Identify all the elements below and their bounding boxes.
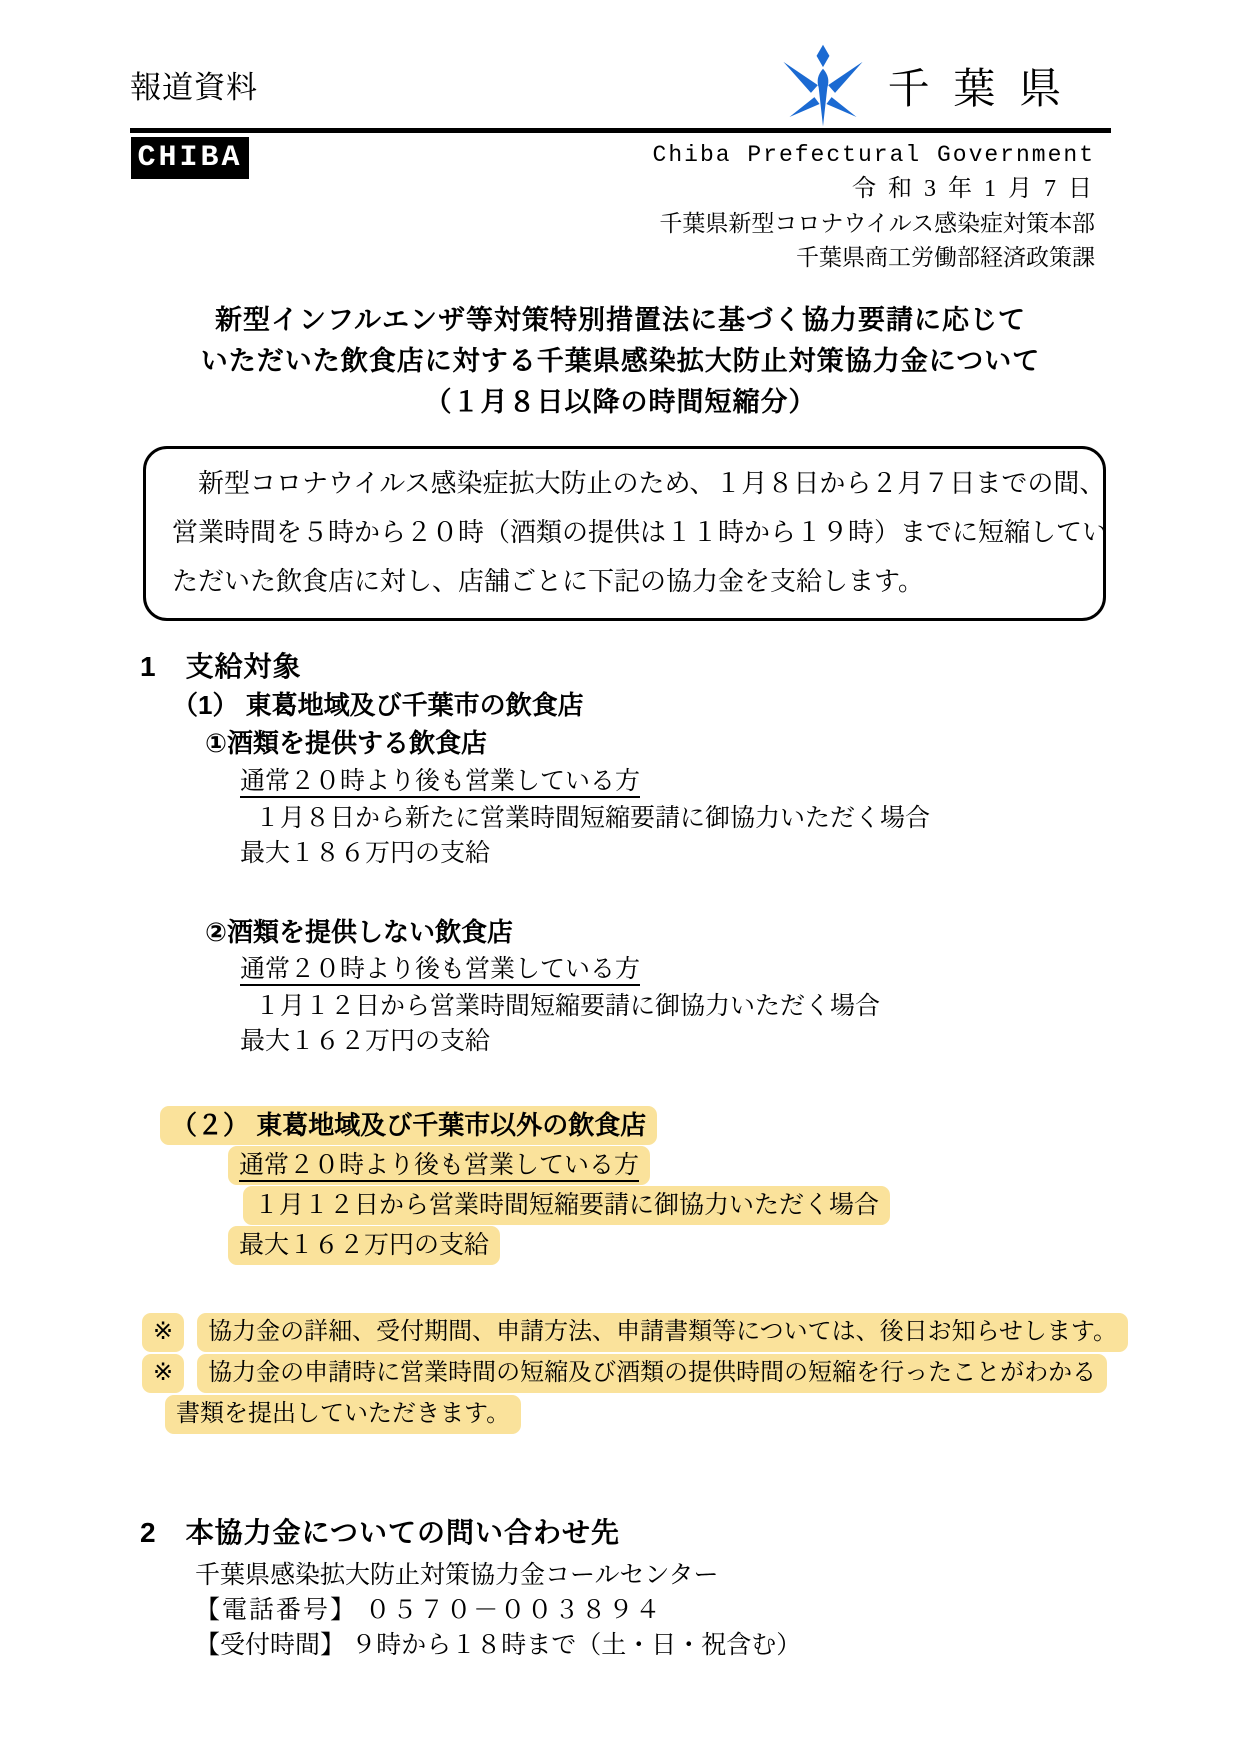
- summary-box: 新型コロナウイルス感染症拡大防止のため、１月８日から２月７日までの間、 営業時間…: [143, 446, 1106, 621]
- group2-condition: 通常２０時より後も営業している方: [228, 1146, 1241, 1185]
- group1-item2-amount: 最大１６２万円の支給: [240, 1024, 1241, 1059]
- document-title: 新型インフルエンザ等対策特別措置法に基づく協力要請に応じて いただいた飲食店に対…: [0, 300, 1241, 423]
- group2-label: （２） 東葛地域及び千葉市以外の飲食店: [160, 1106, 1241, 1145]
- press-release-label: 報道資料: [130, 62, 258, 107]
- group1-item1-amount: 最大１８６万円の支給: [240, 836, 1241, 871]
- title-line-3: （１月８日以降の時間短縮分）: [0, 382, 1241, 423]
- highlight: （２） 東葛地域及び千葉市以外の飲食店: [160, 1106, 657, 1145]
- section2-heading: 2 本協力金についての問い合わせ先: [140, 1514, 1241, 1552]
- highlight: 通常２０時より後も営業している方: [228, 1146, 650, 1185]
- document-page: 報道資料 千 葉 県 CHIBA Chiba Prefectural Gover…: [0, 0, 1241, 1754]
- note-text: 協力金の申請時に営業時間の短縮及び酒類の提供時間の短縮を行ったことがわかる: [197, 1354, 1107, 1393]
- issue-date: 令 和 3 年 1 月 7 日: [653, 172, 1095, 207]
- group1-item2-label: ②酒類を提供しない飲食店: [205, 915, 1241, 950]
- title-line-2: いただいた飲食店に対する千葉県感染拡大防止対策協力金について: [0, 341, 1241, 382]
- section1-heading: 1 支給対象: [140, 648, 1241, 686]
- note-text: 書類を提出していただきます。: [165, 1395, 521, 1434]
- prefecture-name: 千 葉 県: [888, 56, 1067, 116]
- summary-line-3: ただいた飲食店に対し、店舗ごとに下記の協力金を支給します。: [172, 557, 1077, 606]
- contact-phone: 【電話番号】 ０５７０－００３８９４: [195, 1593, 1241, 1628]
- highlight: １月１２日から営業時間短縮要請に御協力いただく場合: [243, 1186, 890, 1225]
- prefecture-brand: 千 葉 県: [780, 42, 1067, 130]
- group1-item2-case: １月１２日から営業時間短縮要請に御協力いただく場合: [255, 989, 1241, 1024]
- note-marker: ※: [142, 1313, 184, 1352]
- issuer-dept-2: 千葉県商工労働部経済政策課: [653, 241, 1095, 275]
- summary-line-2: 営業時間を５時から２０時（酒類の提供は１１時から１９時）までに短縮してい: [172, 508, 1077, 557]
- note-1: ※ 協力金の詳細、受付期間、申請方法、申請書類等については、後日お知らせします。: [142, 1313, 1241, 1352]
- issuer-dept-1: 千葉県新型コロナウイルス感染症対策本部: [653, 207, 1095, 241]
- summary-line-1: 新型コロナウイルス感染症拡大防止のため、１月８日から２月７日までの間、: [172, 459, 1077, 508]
- group1-item2-condition: 通常２０時より後も営業している方: [240, 952, 1241, 987]
- issuer-block: Chiba Prefectural Government 令 和 3 年 1 月…: [653, 138, 1095, 275]
- contact-hours: 【受付時間】 ９時から１８時まで（土・日・祝含む）: [195, 1628, 1241, 1663]
- note-2-continuation: 書類を提出していただきます。: [165, 1395, 1241, 1434]
- underlined-text: 通常２０時より後も営業している方: [240, 768, 640, 798]
- header-divider: [130, 128, 1111, 133]
- chiba-logo: CHIBA: [131, 137, 249, 179]
- group1-item1-label: ①酒類を提供する飲食店: [205, 726, 1241, 761]
- group1-label: （1） 東葛地域及び千葉市の飲食店: [172, 688, 1241, 723]
- underlined-text: 通常２０時より後も営業している方: [239, 1152, 639, 1182]
- group1-item1-condition: 通常２０時より後も営業している方: [240, 764, 1241, 799]
- note-text: 協力金の詳細、受付期間、申請方法、申請書類等については、後日お知らせします。: [197, 1313, 1128, 1352]
- contact-center-name: 千葉県感染拡大防止対策協力金コールセンター: [195, 1558, 1241, 1593]
- note-marker: ※: [142, 1354, 184, 1393]
- group1-item1-case: １月８日から新たに営業時間短縮要請に御協力いただく場合: [255, 801, 1241, 836]
- chiba-prefecture-emblem-icon: [780, 42, 866, 130]
- header: 報道資料 千 葉 県 CHIBA Chiba Prefectural Gover…: [0, 0, 1241, 292]
- title-line-1: 新型インフルエンザ等対策特別措置法に基づく協力要請に応じて: [0, 300, 1241, 341]
- government-name-en: Chiba Prefectural Government: [653, 138, 1095, 172]
- note-2: ※ 協力金の申請時に営業時間の短縮及び酒類の提供時間の短縮を行ったことがわかる: [142, 1354, 1241, 1393]
- group2-case: １月１２日から営業時間短縮要請に御協力いただく場合: [243, 1186, 1241, 1225]
- highlight: 最大１６２万円の支給: [228, 1226, 500, 1265]
- underlined-text: 通常２０時より後も営業している方: [240, 956, 640, 986]
- group2-amount: 最大１６２万円の支給: [228, 1226, 1241, 1265]
